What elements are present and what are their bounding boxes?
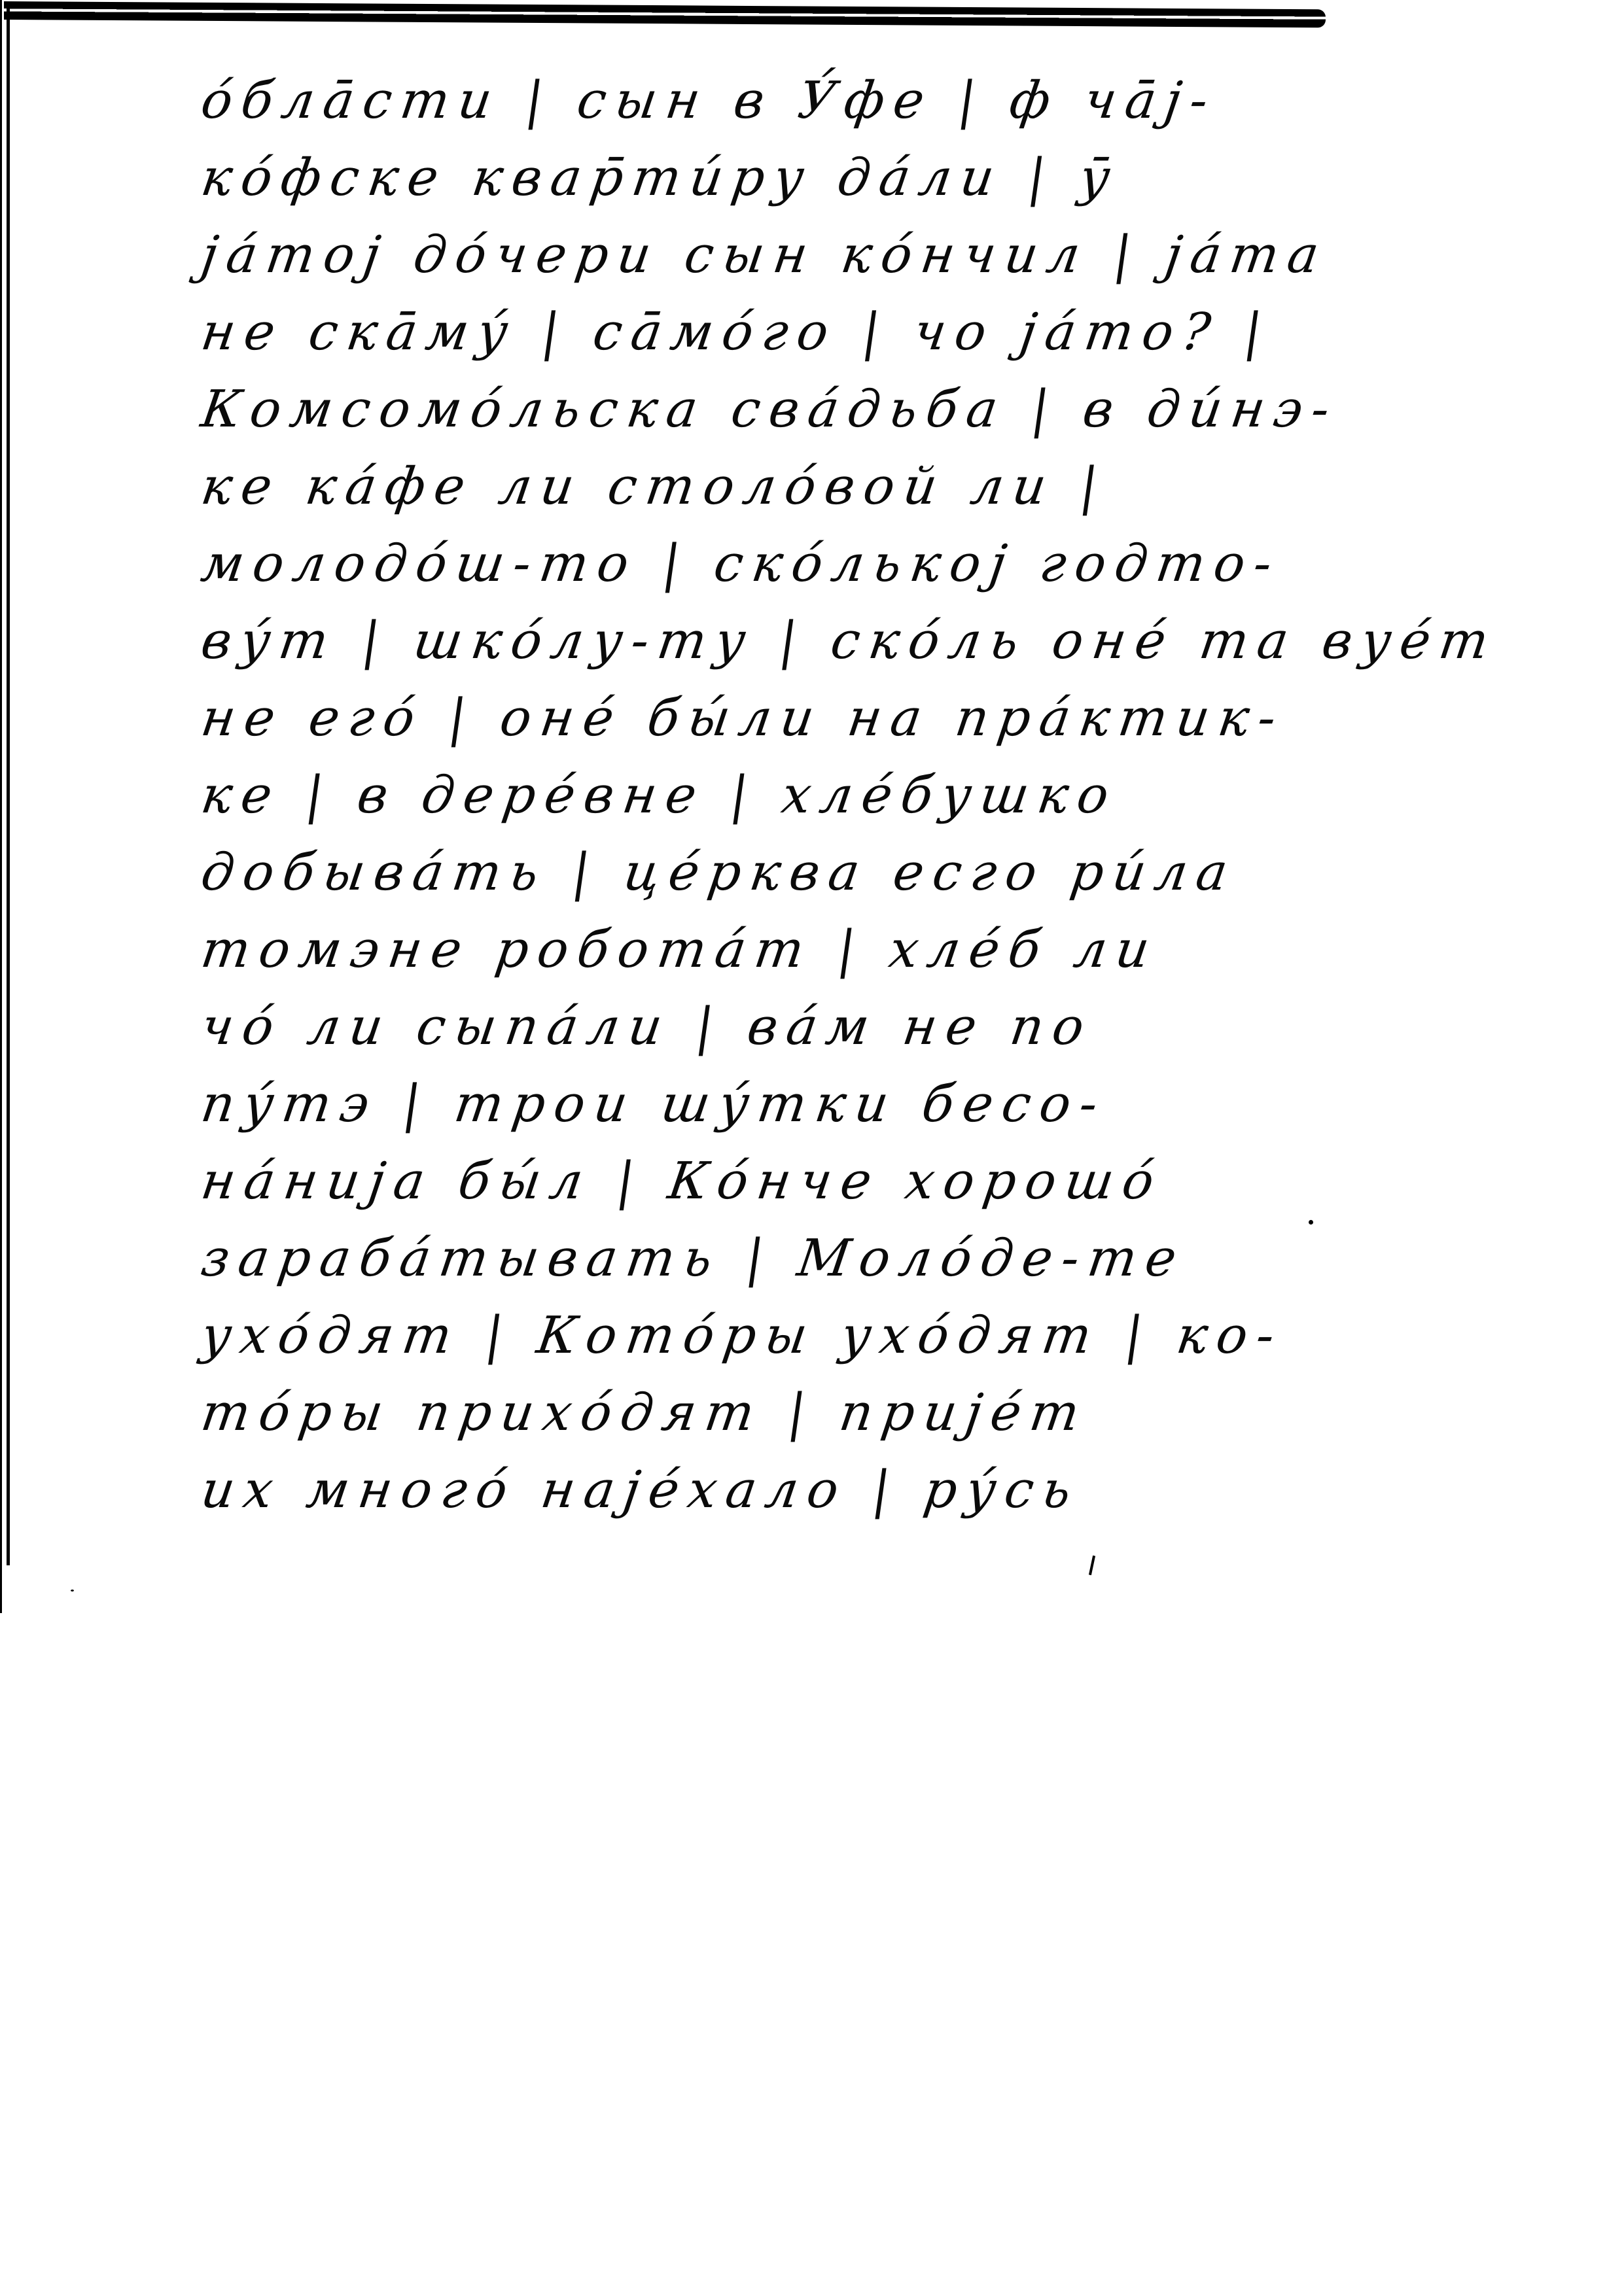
- text-line-19: их много́ наје́хало | ру́сь: [196, 1452, 1418, 1529]
- stray-dot: [71, 1590, 74, 1592]
- text-line-18: то́ры прихо́дят | прије́т: [196, 1374, 1418, 1452]
- scanned-page: о́бла̄сти | сын в У́фе | ф ча̄ј- ко́фске…: [0, 0, 1607, 2296]
- text-line-7: молодо́ш-то | ско́лькој годто-: [196, 525, 1418, 602]
- text-line-12: томэне робота́т | хле́б ли: [196, 911, 1418, 988]
- text-line-1: о́бла̄сти | сын в У́фе | ф ча̄ј-: [196, 62, 1418, 139]
- scan-left-edge-outer: [0, 0, 2, 1613]
- text-line-10: ке | в дере́вне | хле́бушко: [196, 757, 1418, 834]
- text-line-3: ја́тој до́чери сын ко́нчил | ја́та: [196, 217, 1418, 294]
- text-line-13: чо́ ли сыпа́ли | ва́м не по: [196, 988, 1418, 1066]
- text-line-15: на́нија бы́л | Ко́нче хорошо́: [196, 1143, 1418, 1220]
- scan-top-edge: [4, 1, 1326, 27]
- text-line-2: ко́фске квар̄ти́ру да́ли | ӯ: [196, 139, 1418, 217]
- scan-left-edge-inner: [7, 5, 10, 1565]
- text-line-5: Комсомо́льска сва́дьба | в ди́нэ-: [196, 371, 1418, 448]
- text-line-8: ву́т | шко́лу-ту | ско́ль оне́ та вуе́т: [196, 602, 1418, 680]
- text-line-17: ухо́дят | Кото́ры ухо́дят | ко-: [196, 1297, 1418, 1374]
- text-line-14: пу́тэ | трои шу́тки бесо-: [196, 1066, 1418, 1143]
- text-line-4: не ска̄му́ | са̄мо́го | чо ја́то? |: [196, 294, 1418, 371]
- stray-mark: [1089, 1556, 1095, 1575]
- text-line-11: добыва́ть | це́рква есго ри́ла: [196, 834, 1418, 911]
- stray-dot: [1309, 1220, 1313, 1225]
- handwritten-text-block: о́бла̄сти | сын в У́фе | ф ча̄ј- ко́фске…: [196, 62, 1407, 1529]
- text-line-9: не его́ | оне́ бы́ли на пра́ктик-: [196, 680, 1418, 757]
- text-line-6: ке ка́фе ли столо́вой ли |: [196, 448, 1418, 525]
- text-line-16: зараба́тывать | Моло́де-те: [196, 1220, 1418, 1297]
